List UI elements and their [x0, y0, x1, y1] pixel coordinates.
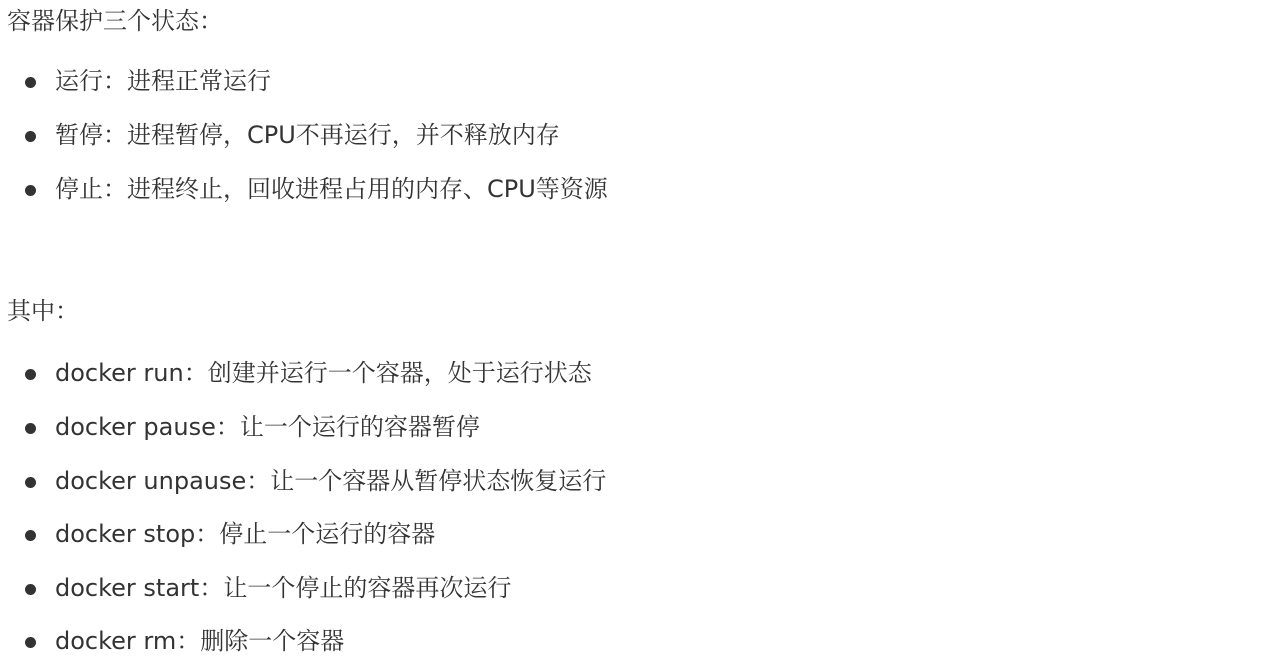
section-heading-commands: 其中：: [7, 295, 79, 327]
bullet-icon: [25, 185, 36, 196]
bullet-icon: [25, 530, 36, 541]
list-item-text: docker unpause：让一个容器从暂停状态恢复运行: [55, 465, 606, 497]
list-item-text: 停止：进程终止，回收进程占用的内存、CPU等资源: [55, 173, 608, 205]
section-heading-container-states: 容器保护三个状态：: [7, 5, 223, 37]
list-item-text: docker stop：停止一个运行的容器: [55, 518, 435, 550]
bullet-icon: [25, 637, 36, 648]
list-item-text: 运行：进程正常运行: [55, 65, 271, 97]
bullet-icon: [25, 369, 36, 380]
list-item-text: docker run：创建并运行一个容器，处于运行状态: [55, 357, 592, 389]
bullet-icon: [25, 584, 36, 595]
bullet-icon: [25, 77, 36, 88]
list-item-text: docker pause：让一个运行的容器暂停: [55, 411, 480, 443]
list-item-text: docker rm：删除一个容器: [55, 625, 344, 657]
bullet-icon: [25, 423, 36, 434]
bullet-icon: [25, 131, 36, 142]
list-item-text: 暂停：进程暂停，CPU不再运行，并不释放内存: [55, 119, 560, 151]
list-item-text: docker start：让一个停止的容器再次运行: [55, 572, 511, 604]
bullet-icon: [25, 477, 36, 488]
